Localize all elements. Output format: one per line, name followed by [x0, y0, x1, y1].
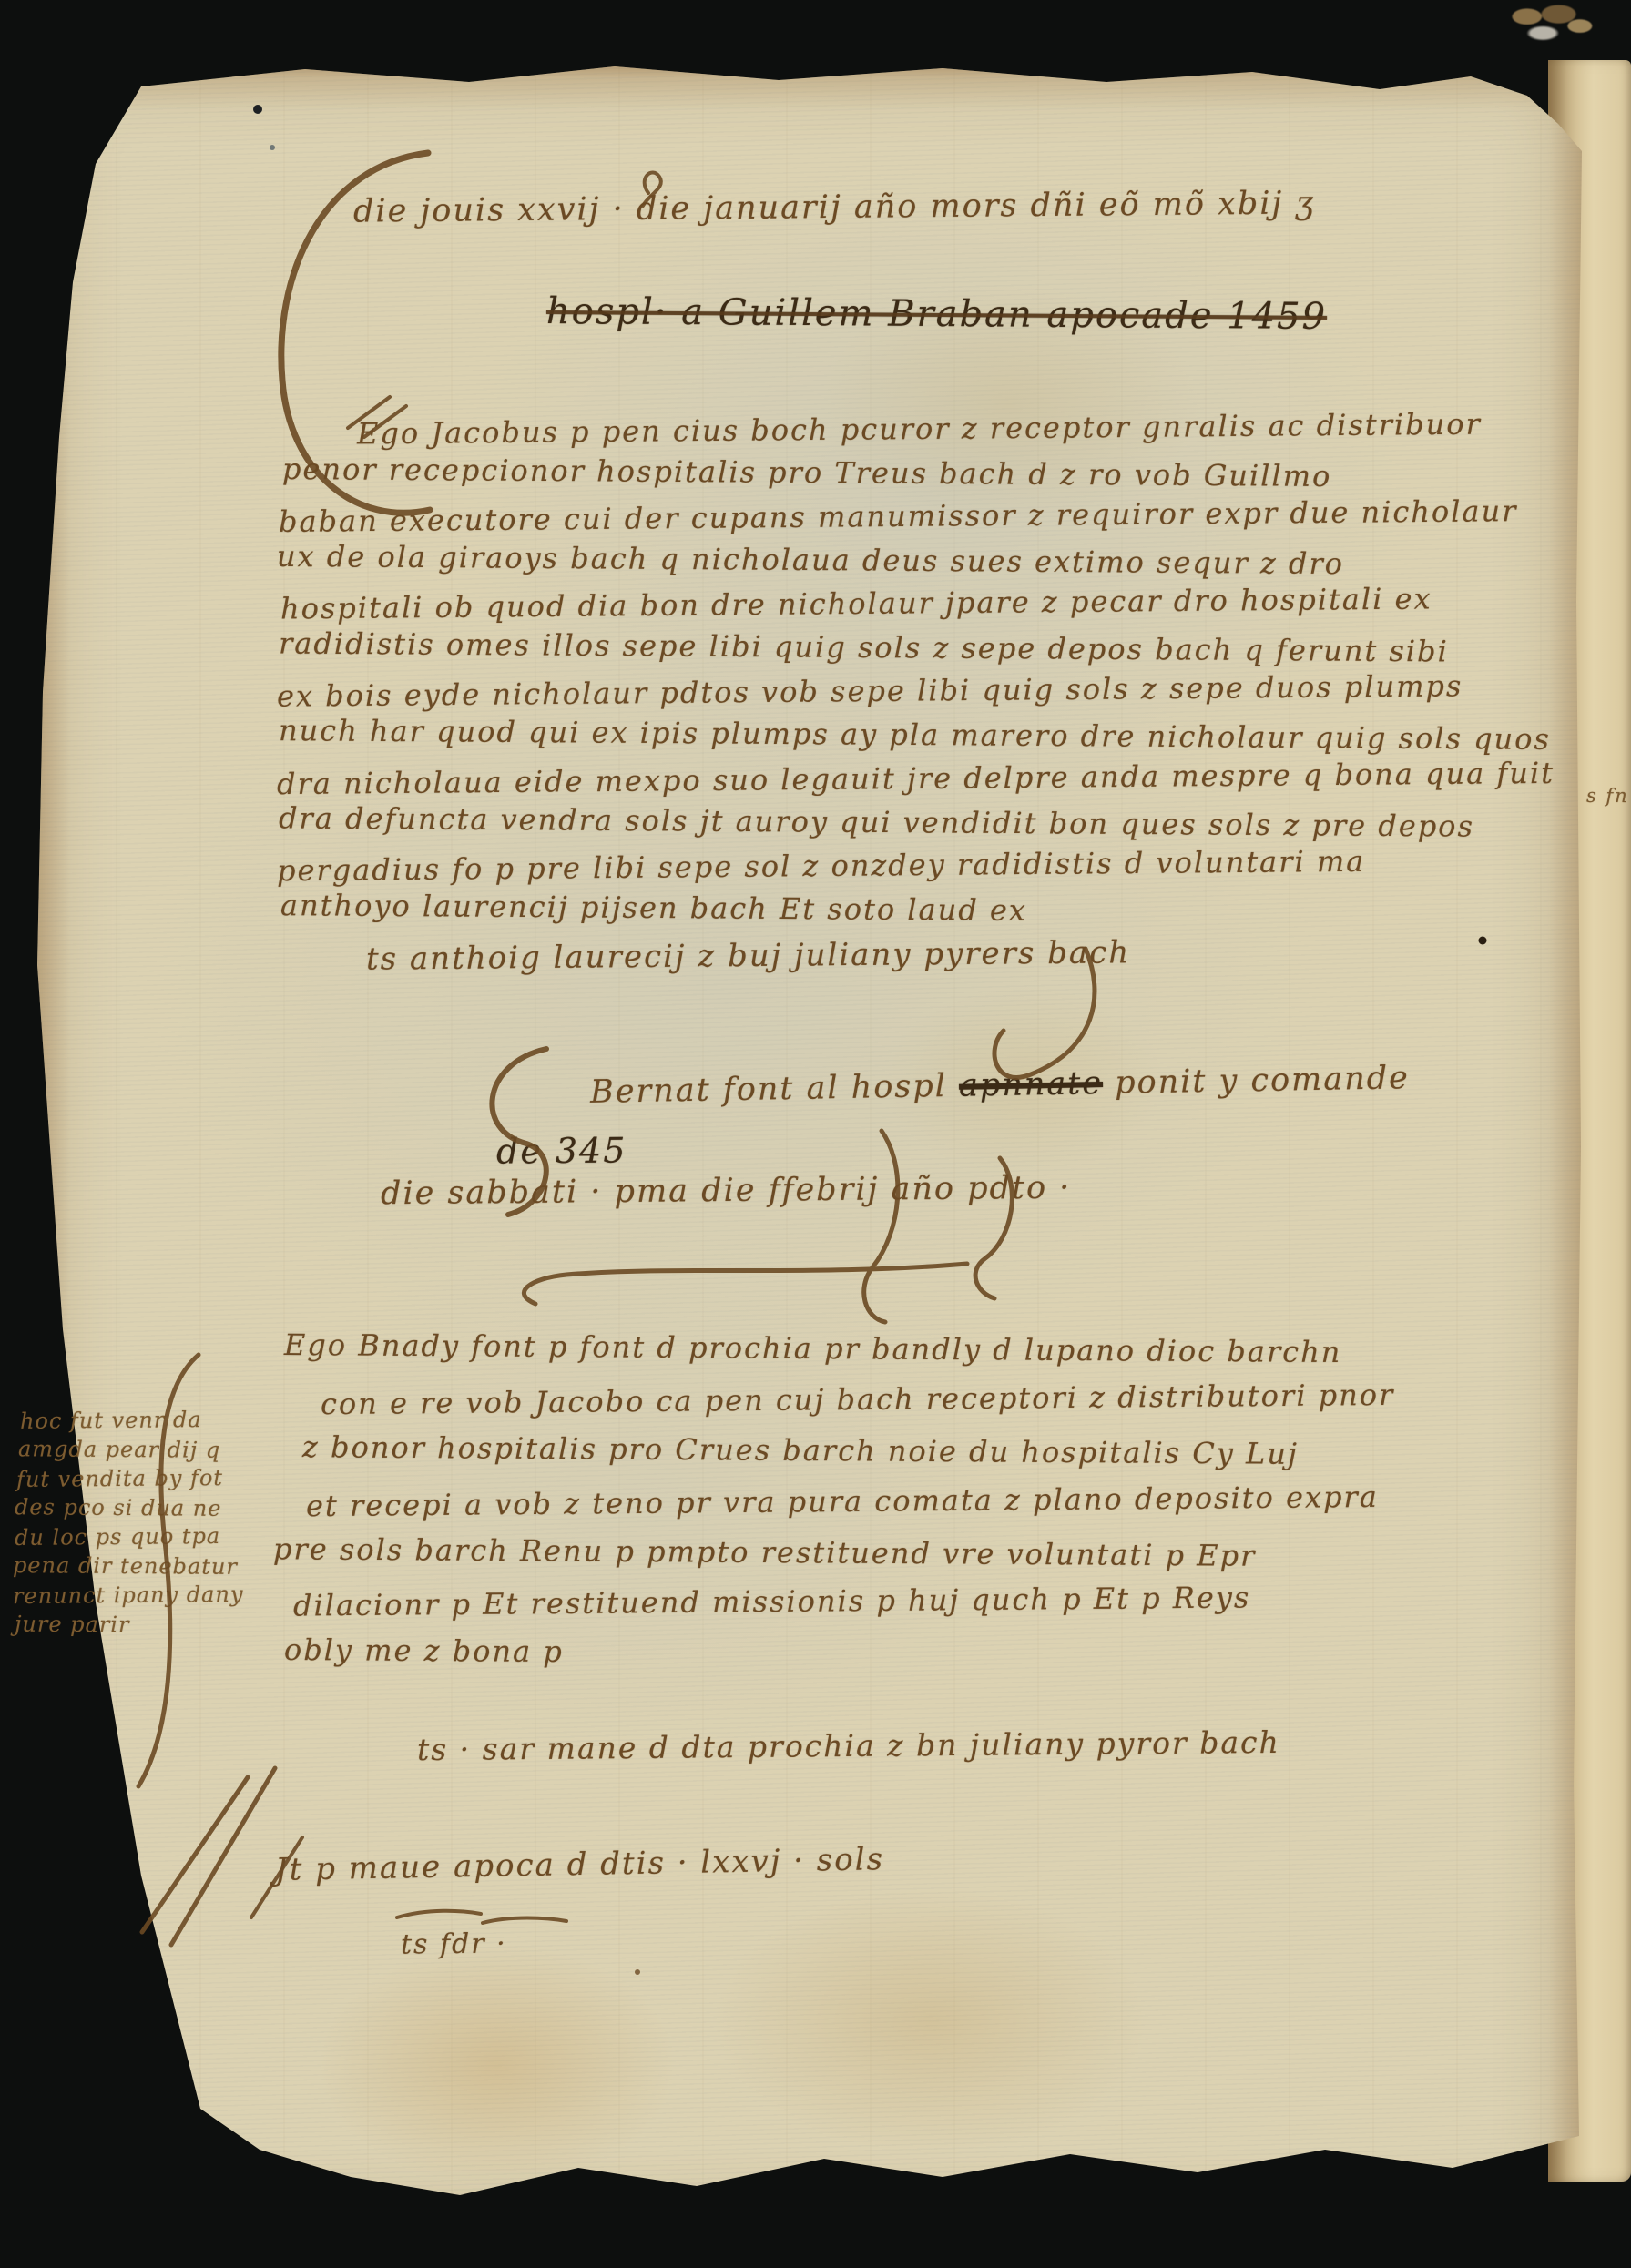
entry2-date-heading: die sabbati · pma die ffebrij año pdto · — [381, 1170, 1072, 1213]
entry2-line: pre sols barch Renu p pmpto restituend v… — [273, 1531, 1257, 1573]
payment-note-amount: de 345 — [496, 1130, 627, 1171]
payment-note-part2: ponit y comande — [1115, 1060, 1410, 1102]
entry2-witness-line: ts · sar mane d dta prochia z bn juliany… — [417, 1724, 1280, 1767]
entry1-line: penor recepcionor hospitalis pro Treus b… — [282, 452, 1332, 493]
entry2-line: obly me z bona p — [284, 1632, 564, 1669]
binding-thread-knot-icon — [1495, 0, 1601, 47]
entry1-witness-line: ts anthoig laurecij z buj juliany pyrers… — [366, 934, 1131, 977]
margin-note-line: pena dir tenebatur — [13, 1552, 238, 1580]
margin-note-line: du loc ps quo tpa — [15, 1523, 220, 1551]
margin-note-line: jure parir — [15, 1612, 130, 1638]
margin-note-line: fut vendita by fot — [16, 1465, 223, 1492]
photograph-black-backdrop: die jouis xxvij · die januarij año mors … — [0, 0, 1631, 2268]
margin-note-line: hoc fut venr da — [20, 1407, 202, 1434]
entry1-line: anthoyo laurencij pijsen bach Et soto la… — [280, 888, 1027, 928]
struck-register-entry: hospl· a Guillem Braban apocade 1459 — [546, 290, 1327, 338]
entry2-line: Ego Bnady font p font d prochia pr bandl… — [284, 1327, 1342, 1369]
next-leaf-edge-text: s fn — [1586, 785, 1629, 807]
margin-note-line: renunct ipany dany — [13, 1581, 244, 1609]
margin-note-line: amgda pear dij q — [18, 1436, 220, 1463]
manuscript-page — [32, 55, 1582, 2240]
entry2-line: z bonor hospitalis pro Crues barch noie … — [302, 1429, 1299, 1471]
payment-note-part1: Bernat font al hospl — [590, 1068, 948, 1111]
entry2-witness-abbreviation: ts fdr · — [401, 1927, 507, 1960]
payment-note-struck-word: apnnate — [959, 1065, 1104, 1104]
margin-note-line: des pco si dua ne — [15, 1494, 222, 1521]
